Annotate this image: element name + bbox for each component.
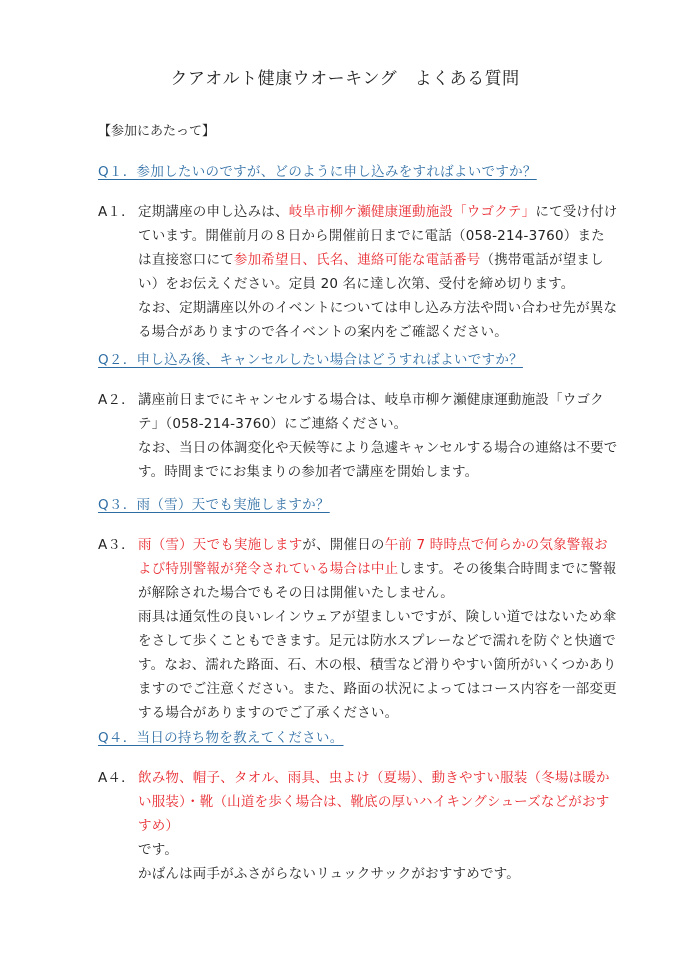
page-title: クアオルト健康ウオーキング よくある質問 xyxy=(0,64,690,89)
answer-text: です。 xyxy=(138,842,178,858)
highlight-text: 岐阜市柳ケ瀬健康運動施設「ウゴクテ」 xyxy=(289,204,536,220)
answer-text: 講座前日までにキャンセルする場合は、岐阜市柳ケ瀬健康運動施設「ウゴクテ」（058… xyxy=(138,392,604,432)
highlight-text: 参加希望日、氏名、連絡可能な電話番号 xyxy=(234,252,481,268)
answer-4: A４． 飲み物、帽子、タオル、雨具、虫よけ（夏場）、動きやすい服装（冬場は暖かい… xyxy=(98,766,618,886)
answer-2: A２． 講座前日までにキャンセルする場合は、岐阜市柳ケ瀬健康運動施設「ウゴクテ」… xyxy=(98,388,618,484)
answer-body: 雨（雪）天でも実施しますが、開催日の午前 7 時時点で何らかの気象警報および特別… xyxy=(138,533,618,725)
question-1: Q１．参加したいのですが、どのように申し込みをすればよいですか？ xyxy=(98,160,537,180)
answer-text: が、開催日の xyxy=(302,537,384,553)
answer-body: 定期講座の申し込みは、岐阜市柳ケ瀬健康運動施設「ウゴクテ」にて受け付けています。… xyxy=(138,200,618,344)
answer-text: なお、定期講座以外のイベントについては申し込み方法や問い合わせ先が異なる場合があ… xyxy=(138,300,617,340)
answer-label: A１． xyxy=(98,200,135,224)
answer-text: 定期講座の申し込みは、 xyxy=(138,204,289,220)
question-2: Q２．申し込み後、キャンセルしたい場合はどうすればよいですか？ xyxy=(98,348,523,368)
answer-text: 雨具は通気性の良いレインウェアが望ましいですが、険しい道ではないため傘をさして歩… xyxy=(138,609,617,721)
section-heading: 【参加にあたって】 xyxy=(98,120,215,139)
highlight-text: 雨（雪）天でも実施します xyxy=(138,537,302,553)
answer-body: 飲み物、帽子、タオル、雨具、虫よけ（夏場）、動きやすい服装（冬場は暖かい服装）・… xyxy=(138,766,618,886)
answer-1: A１． 定期講座の申し込みは、岐阜市柳ケ瀬健康運動施設「ウゴクテ」にて受け付けて… xyxy=(98,200,618,344)
answer-label: A３． xyxy=(98,533,135,557)
highlight-text: 飲み物、帽子、タオル、雨具、虫よけ（夏場）、動きやすい服装（冬場は暖かい服装）・… xyxy=(138,770,610,834)
question-3: Q３．雨（雪）天でも実施しますか？ xyxy=(98,493,330,513)
answer-label: A４． xyxy=(98,766,135,790)
answer-text: かばんは両手がふさがらないリュックサックがおすすめです。 xyxy=(138,866,520,882)
question-4: Q４．当日の持ち物を教えてください。 xyxy=(98,726,344,746)
answer-text: なお、当日の体調変化や天候等により急遽キャンセルする場合の連絡は不要です。時間ま… xyxy=(138,440,618,480)
answer-body: 講座前日までにキャンセルする場合は、岐阜市柳ケ瀬健康運動施設「ウゴクテ」（058… xyxy=(138,388,618,484)
answer-label: A２． xyxy=(98,388,135,412)
answer-3: A３． 雨（雪）天でも実施しますが、開催日の午前 7 時時点で何らかの気象警報お… xyxy=(98,533,618,725)
